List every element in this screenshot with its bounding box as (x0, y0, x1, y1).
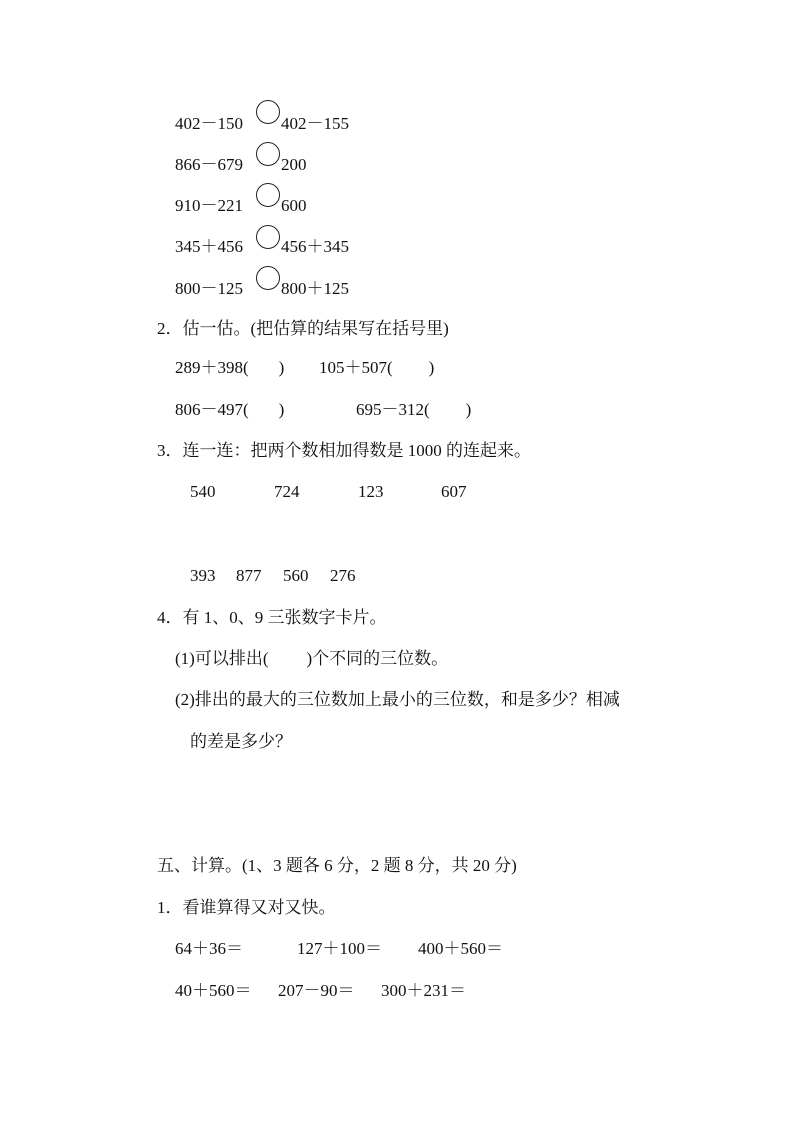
calc-item: 64＋36＝ (175, 939, 243, 959)
match-number-top[interactable]: 724 (274, 482, 300, 502)
section-5-q1-title: 1．看谁算得又对又快。 (157, 898, 336, 918)
estimate-item: 105＋507() (319, 358, 434, 378)
paren-close: ) (279, 400, 285, 419)
question-3-title: 3．连一连：把两个数相加得数是 1000 的连起来。 (157, 441, 531, 461)
section-5-title: 五、计算。(1、3 题各 6 分，2 题 8 分，共 20 分) (157, 856, 517, 876)
calc-item: 207－90＝ (278, 981, 355, 1001)
compare-right: 600 (281, 196, 307, 216)
estimate-expr: 695－312( (356, 400, 430, 419)
estimate-expr: 289＋398( (175, 358, 249, 377)
match-number-bottom[interactable]: 393 (190, 566, 216, 586)
answer-circle[interactable] (256, 266, 280, 290)
match-number-bottom[interactable]: 560 (283, 566, 309, 586)
compare-left: 345＋456 (175, 237, 243, 257)
question-4-sub2-line2: 的差是多少？ (190, 732, 292, 752)
question-4-sub2-line1: (2)排出的最大的三位数加上最小的三位数，和是多少？相减 (175, 690, 620, 710)
estimate-item: 289＋398() (175, 358, 284, 378)
sub1-prefix: (1)可以排出( (175, 649, 268, 668)
compare-right: 800＋125 (281, 279, 349, 299)
calc-item: 300＋231＝ (381, 981, 466, 1001)
estimate-expr: 806－497( (175, 400, 249, 419)
compare-right: 200 (281, 155, 307, 175)
match-number-top[interactable]: 607 (441, 482, 467, 502)
match-number-bottom[interactable]: 276 (330, 566, 356, 586)
question-4-sub1: (1)可以排出()个不同的三位数。 (175, 649, 448, 669)
compare-right: 402－155 (281, 114, 349, 134)
question-2-title: 2．估一估。(把估算的结果写在括号里) (157, 319, 449, 339)
estimate-expr: 105＋507( (319, 358, 393, 377)
answer-circle[interactable] (256, 142, 280, 166)
estimate-item: 695－312() (356, 400, 471, 420)
calc-item: 40＋560＝ (175, 981, 252, 1001)
sub1-suffix: )个不同的三位数。 (306, 649, 448, 668)
estimate-item: 806－497() (175, 400, 284, 420)
compare-left: 910－221 (175, 196, 243, 216)
paren-close: ) (466, 400, 472, 419)
answer-circle[interactable] (256, 225, 280, 249)
compare-left: 866－679 (175, 155, 243, 175)
compare-left: 402－150 (175, 114, 243, 134)
calc-item: 400＋560＝ (418, 939, 503, 959)
calc-item: 127＋100＝ (297, 939, 382, 959)
compare-right: 456＋345 (281, 237, 349, 257)
compare-left: 800－125 (175, 279, 243, 299)
match-number-top[interactable]: 540 (190, 482, 216, 502)
paren-close: ) (429, 358, 435, 377)
match-number-top[interactable]: 123 (358, 482, 384, 502)
question-4-title: 4．有 1、0、9 三张数字卡片。 (157, 608, 387, 628)
match-number-bottom[interactable]: 877 (236, 566, 262, 586)
answer-circle[interactable] (256, 100, 280, 124)
answer-circle[interactable] (256, 183, 280, 207)
paren-close: ) (279, 358, 285, 377)
